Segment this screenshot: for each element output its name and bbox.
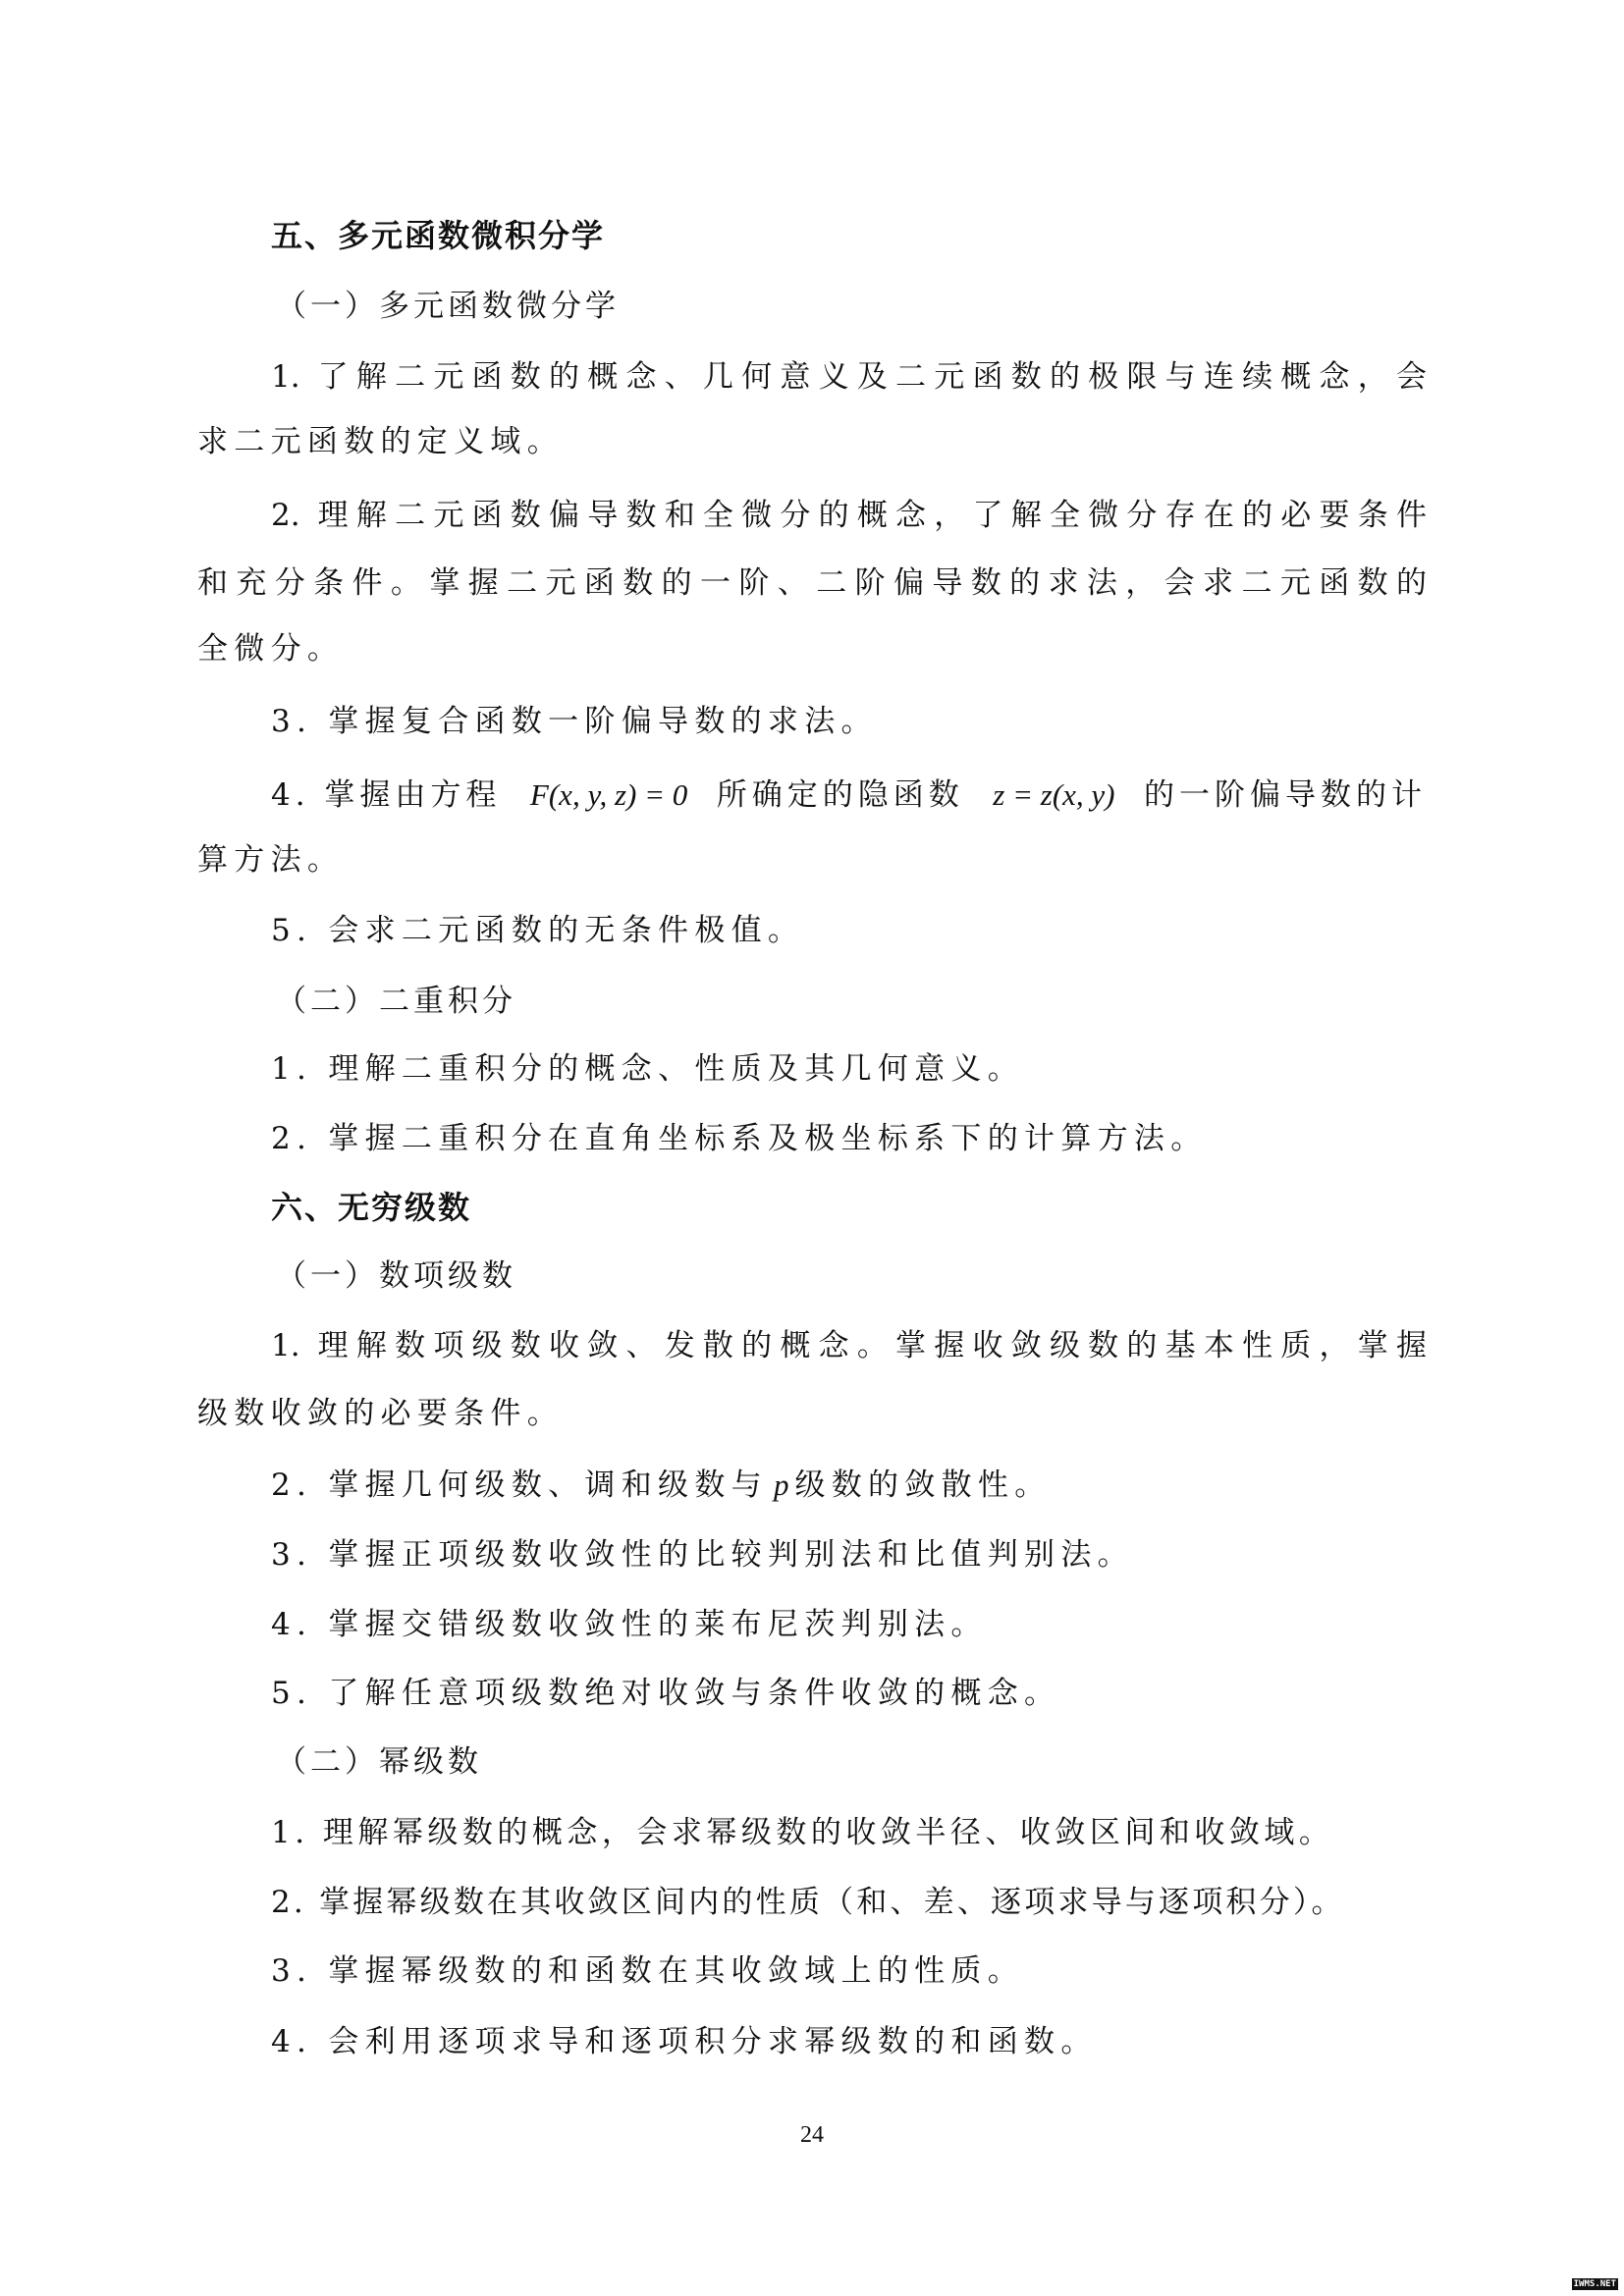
item-6-1-3: 3. 掌握正项级数收敛性的比较判别法和比值判别法。 (197, 1535, 1427, 1575)
subsection-heading-6-2: （二）幂级数 (197, 1742, 1427, 1782)
item-6-1-4: 4. 掌握交错级数收敛性的莱布尼茨判别法。 (197, 1605, 1427, 1644)
math-p: p (768, 1468, 795, 1502)
section-heading-6: 六、无穷级数 (197, 1188, 1427, 1227)
item-6-1-2: 2. 掌握几何级数、调和级数与p级数的敛散性。 (197, 1466, 1427, 1505)
item-5-1-4-prefix: 4. 掌握由方程 (271, 775, 501, 815)
item-5-1-3: 3. 掌握复合函数一阶偏导数的求法。 (197, 702, 1427, 741)
subsection-heading-5-2: （二）二重积分 (197, 982, 1427, 1021)
item-5-1-4-suffix: 的一阶偏导数的计 (1144, 775, 1427, 815)
item-6-2-3: 3. 掌握幂级数的和函数在其收敛域上的性质。 (197, 1951, 1427, 1991)
item-6-2-2: 2. 掌握幂级数在其收敛区间内的性质（和、差、逐项求导与逐项积分）。 (197, 1883, 1427, 1922)
subsection-heading-5-1: （一）多元函数微分学 (197, 287, 1427, 326)
section-heading-5: 五、多元函数微积分学 (197, 216, 1427, 255)
item-6-1-2-prefix: 2. 掌握几何级数、调和级数与 (271, 1468, 768, 1503)
item-6-1-2-suffix: 级数的敛散性。 (794, 1468, 1051, 1503)
item-5-1-4-line2: 算方法。 (197, 840, 1427, 880)
item-6-1-1-line1: 1. 理解数项级数收敛、发散的概念。掌握收敛级数的基本性质，掌握 (197, 1326, 1427, 1365)
item-5-1-4-mid: 所确定的隐函数 (717, 775, 964, 815)
item-6-2-1: 1. 理解幂级数的概念，会求幂级数的收敛半径、收敛区间和收敛域。 (197, 1813, 1427, 1852)
item-5-1-1-line2: 求二元函数的定义域。 (197, 422, 1427, 461)
item-5-1-4-line1: 4. 掌握由方程 F(x, y, z) = 0 所确定的隐函数 z = z(x,… (197, 775, 1427, 815)
item-5-1-1-line1: 1. 了解二元函数的概念、几何意义及二元函数的极限与连续概念，会 (197, 357, 1427, 397)
item-6-1-1-line2: 级数收敛的必要条件。 (197, 1394, 1427, 1433)
item-5-1-2-line1: 2. 理解二元函数偏导数和全微分的概念，了解全微分存在的必要条件 (197, 496, 1427, 535)
item-5-2-2: 2. 掌握二重积分在直角坐标系及极坐标系下的计算方法。 (197, 1119, 1427, 1158)
item-5-1-2-line2: 和充分条件。掌握二元函数的一阶、二阶偏导数的求法，会求二元函数的 (197, 563, 1427, 603)
item-5-2-1: 1. 理解二重积分的概念、性质及其几何意义。 (197, 1049, 1427, 1089)
item-5-1-2-line3: 全微分。 (197, 629, 1427, 668)
equation-z-xy: z = z(x, y) (993, 775, 1114, 815)
item-5-1-5: 5. 会求二元函数的无条件极值。 (197, 911, 1427, 950)
equation-F-xyz: F(x, y, z) = 0 (530, 775, 687, 815)
item-6-1-5: 5. 了解任意项级数绝对收敛与条件收敛的概念。 (197, 1674, 1427, 1713)
subsection-heading-6-1: （一）数项级数 (197, 1256, 1427, 1296)
item-6-2-4: 4. 会利用逐项求导和逐项积分求幂级数的和函数。 (197, 2022, 1427, 2061)
page-number: 24 (0, 2122, 1624, 2149)
watermark-logo: IWMS.NET (1572, 2278, 1618, 2290)
